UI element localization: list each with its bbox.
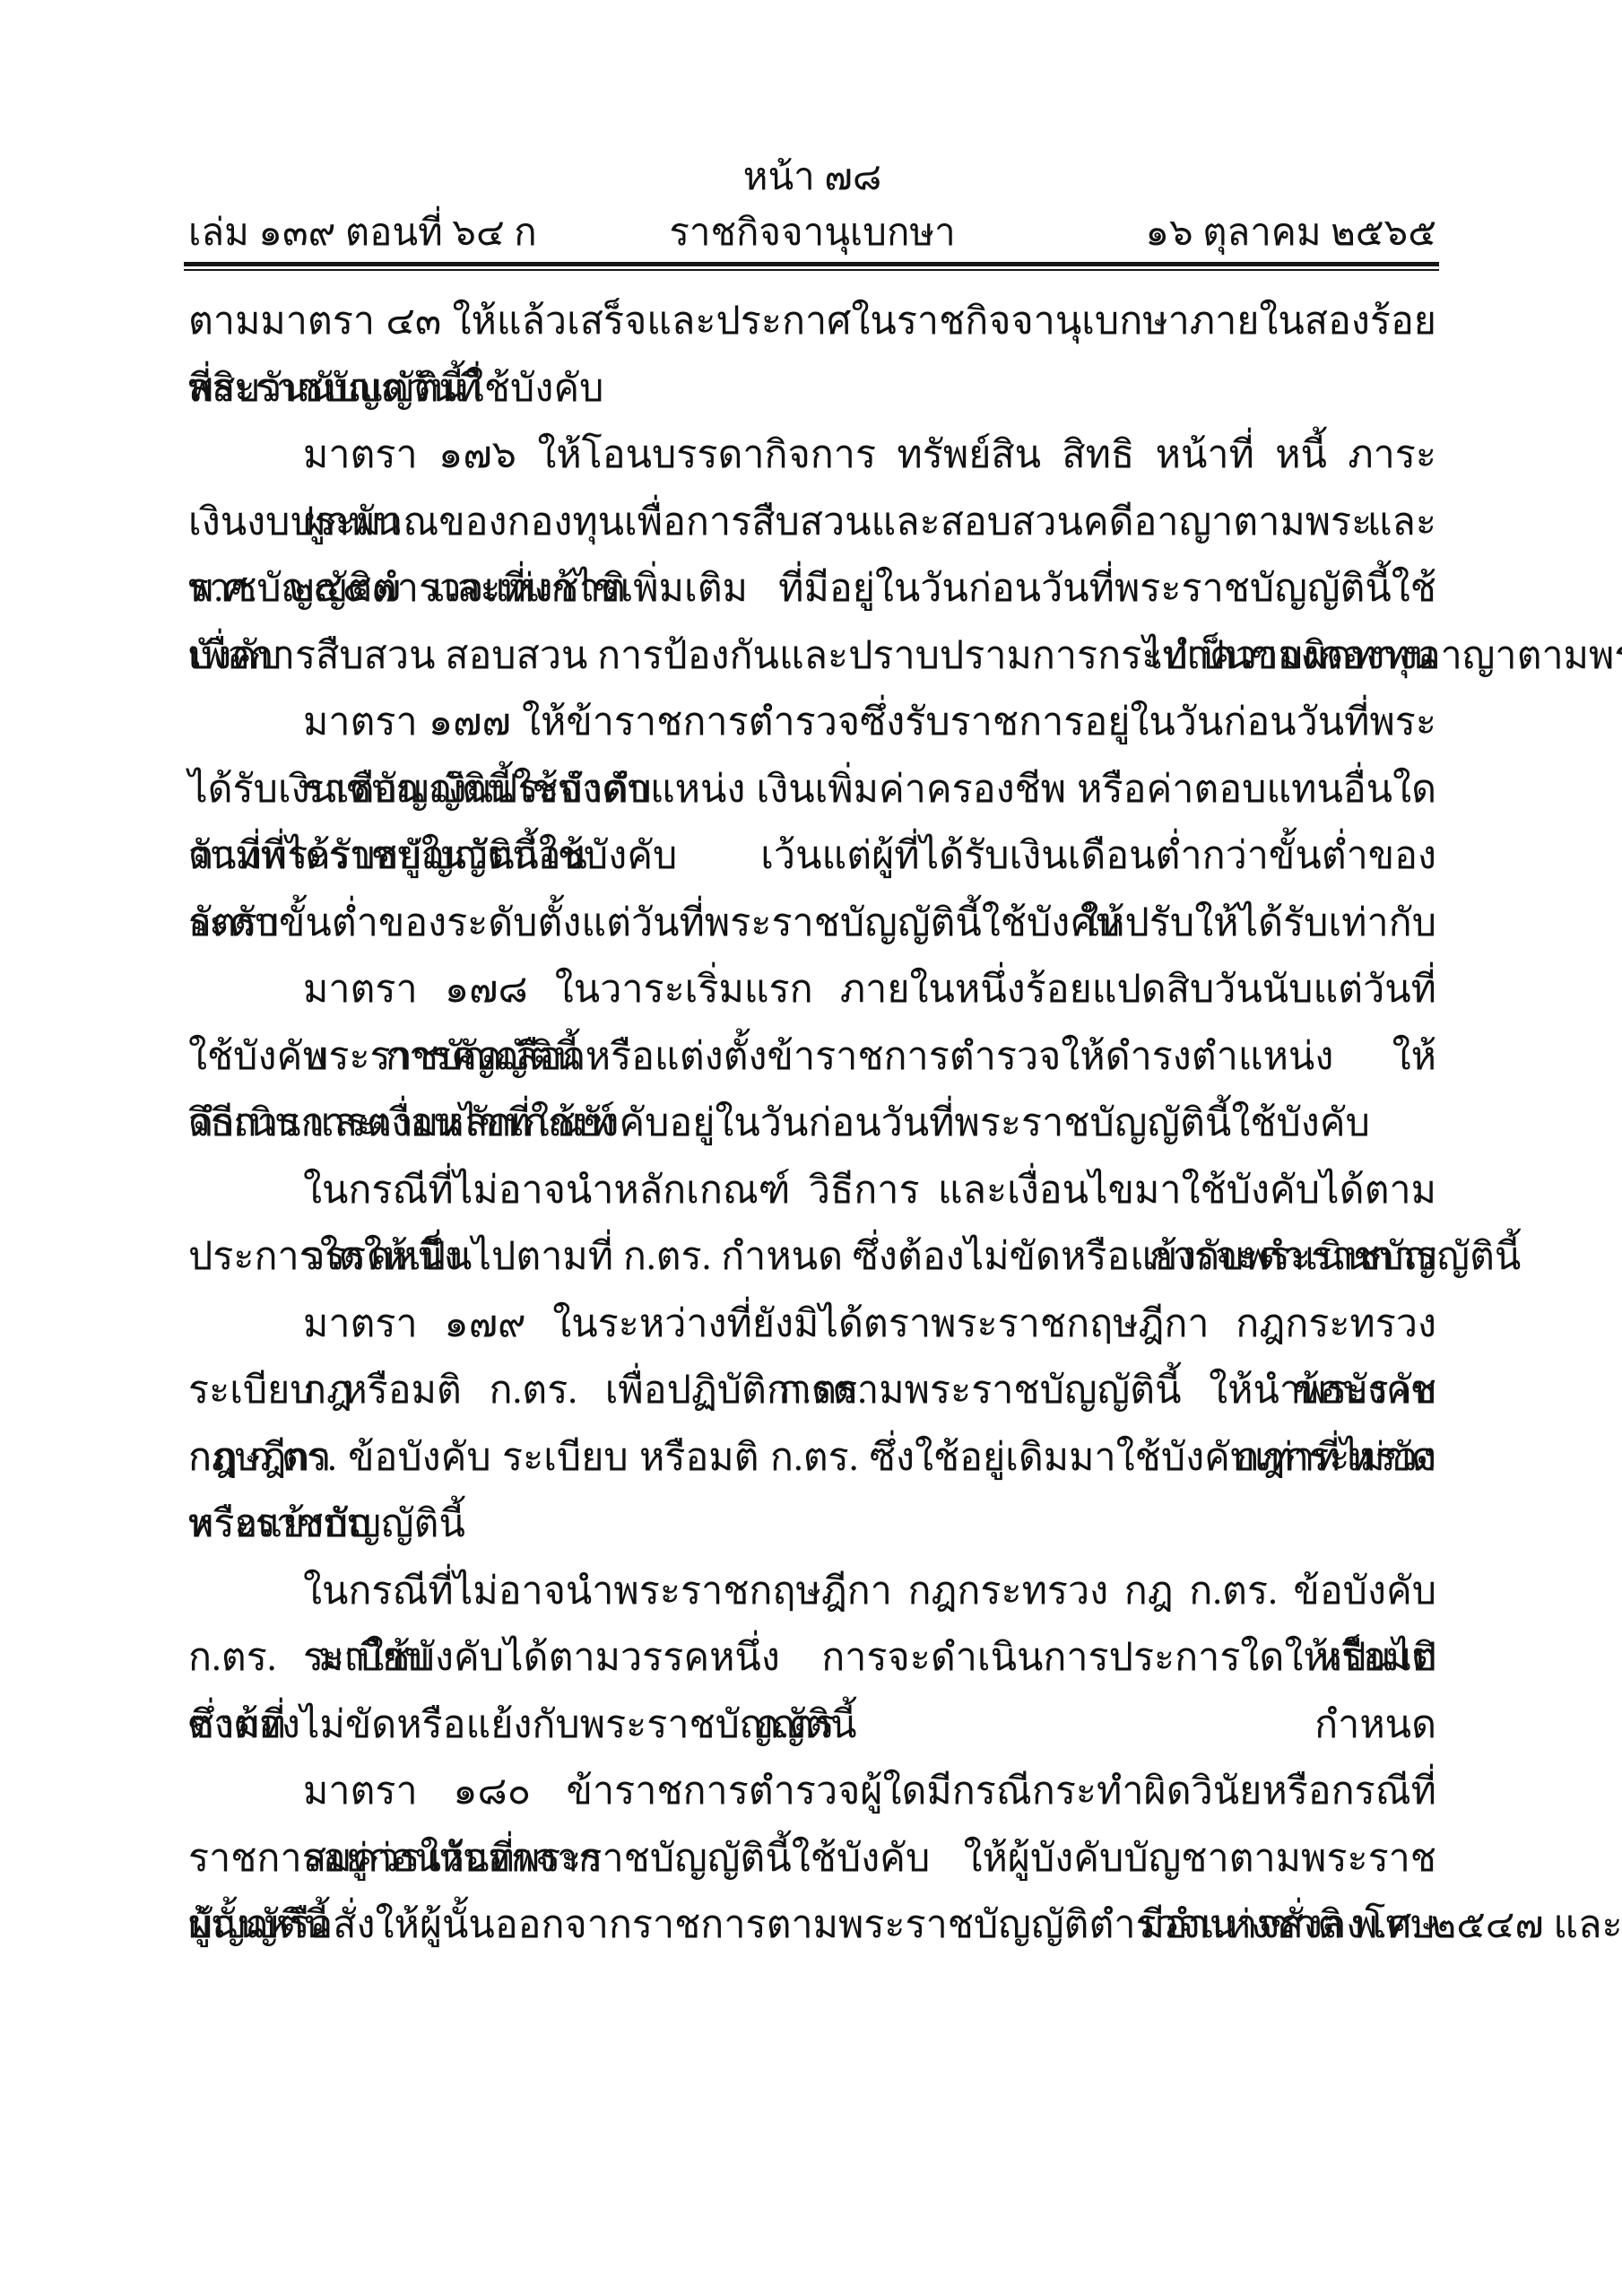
gazette-page: หน้า ๗๘ เล่ม ๑๓๙ ตอนที่ ๖๔ ก ราชกิจจานุเ… <box>0 0 1622 2296</box>
body-line: กฎ ก.ตร. ข้อบังคับ ระเบียบ หรือมติ ก.ตร.… <box>188 1425 1436 1492</box>
body-line: วิธีการ และเงื่อนไขที่ใช้บังคับอยู่ในวัน… <box>188 1091 1436 1158</box>
body-line: วันที่พระราชบัญญัตินี้ใช้บังคับ เว้นแต่ผ… <box>188 823 1436 891</box>
body-line: พระราชบัญญัตินี้ใช้บังคับ <box>188 356 1436 423</box>
body-line: ได้รับเงินเดือน เงินประจำตำแหน่ง เงินเพิ… <box>188 757 1436 824</box>
body-line: พระราชบัญญัตินี้ <box>188 1492 1436 1559</box>
body-line: ในกรณีที่ไม่อาจนำหลักเกณฑ์ วิธีการ และเง… <box>188 1158 1436 1225</box>
body-line: เพื่อการสืบสวน สอบสวน การป้องกันและปราบป… <box>188 623 1436 691</box>
body-line: มาตรา ๑๗๘ ในวาระเริ่มแรก ภายในหนึ่งร้อยแ… <box>188 957 1436 1024</box>
body-line: ก.ตร. มาใช้บังคับได้ตามวรรคหนึ่ง การจะดำ… <box>188 1625 1436 1692</box>
body-line: ประการใดให้เป็นไปตามที่ ก.ตร. กำหนด ซึ่ง… <box>188 1224 1436 1291</box>
body-line: ราชการอยู่ก่อนวันที่พระราชบัญญัตินี้ใช้บ… <box>188 1826 1436 1893</box>
body-line: มาตรา ๑๘๐ ข้าราชการตำรวจผู้ใดมีกรณีกระทำ… <box>188 1759 1436 1826</box>
gazette-header-row: เล่ม ๑๓๙ ตอนที่ ๖๔ ก ราชกิจจานุเบกษา ๑๖ … <box>188 208 1436 258</box>
body-line: ตามมาตรา ๔๓ ให้แล้วเสร็จและประกาศในราชกิ… <box>188 289 1436 356</box>
body-line: ระเบียบ หรือมติ ก.ตร. เพื่อปฏิบัติการตาม… <box>188 1358 1436 1425</box>
body-line: เงินงบประมาณของกองทุนเพื่อการสืบสวนและสอ… <box>188 490 1436 557</box>
page-number-label: หน้า ๗๘ <box>188 152 1436 203</box>
body-line: ในกรณีที่ไม่อาจนำพระราชกฤษฎีกา กฎกระทรวง… <box>188 1559 1436 1626</box>
body-line: ใช้บังคับ การคัดเลือกหรือแต่งตั้งข้าราชก… <box>188 1024 1436 1091</box>
body-line: ผู้นั้นหรือสั่งให้ผู้นั้นออกจากราชการตาม… <box>188 1892 1436 1960</box>
body-line: มาตรา ๑๗๙ ในระหว่างที่ยังมิได้ตราพระราชก… <box>188 1291 1436 1359</box>
body-line: มาตรา ๑๗๗ ให้ข้าราชการตำรวจซึ่งรับราชการ… <box>188 690 1436 757</box>
issue-date-label: ๑๖ ตุลาคม ๒๕๖๕ <box>1145 208 1436 258</box>
header-divider-rule <box>184 262 1439 271</box>
document-body: ตามมาตรา ๔๓ ให้แล้วเสร็จและประกาศในราชกิ… <box>188 289 1436 1960</box>
body-line: มาตรา ๑๗๖ ให้โอนบรรดากิจการ ทรัพย์สิน สิ… <box>188 422 1436 490</box>
body-line: พ.ศ. ๒๕๔๗ และที่แก้ไขเพิ่มเติม ที่มีอยู่… <box>188 556 1436 623</box>
